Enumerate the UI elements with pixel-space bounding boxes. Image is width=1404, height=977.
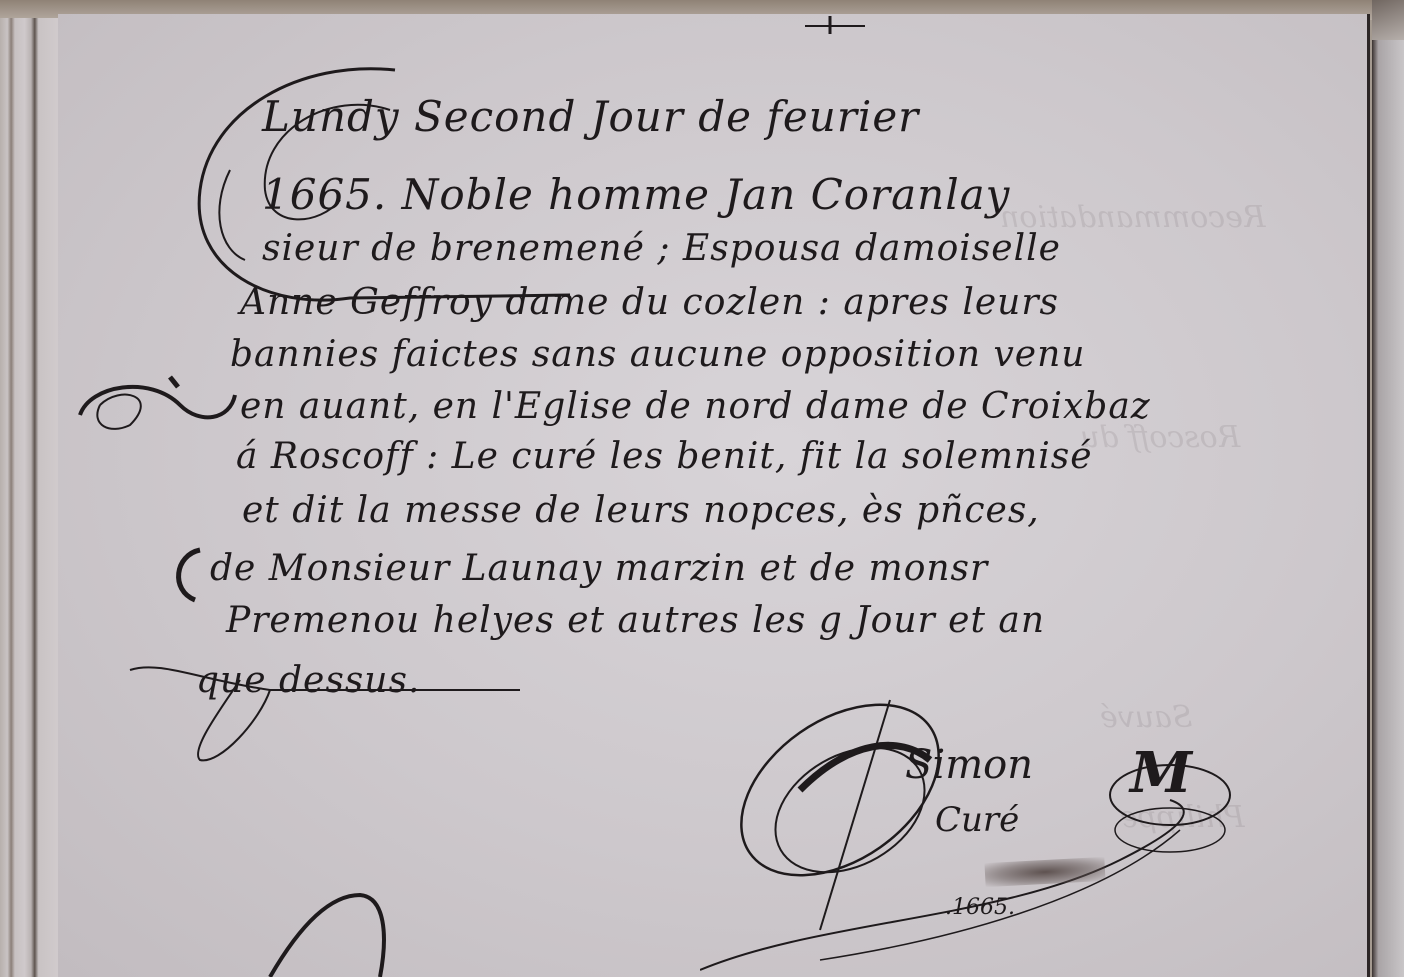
signature-paraph: M — [1130, 740, 1192, 806]
entry-line-8: et dit la messe de leurs nopces, ès pñce… — [242, 490, 1040, 531]
cross-mark-icon — [800, 14, 870, 36]
entry-line-1: Lundy Second Jour de feurier — [262, 92, 919, 141]
entry-line-9: de Monsieur Launay marzin et de monsr — [210, 548, 988, 589]
entry-line-10: Premenou helyes et autres les g Jour et … — [226, 600, 1045, 641]
entry-line-6: en auant, en l'Eglise de nord dame de Cr… — [240, 386, 1151, 427]
signature-title: Curé — [935, 800, 1019, 840]
book-binding — [0, 18, 62, 977]
entry-line-5: bannies faictes sans aucune opposition v… — [230, 334, 1085, 375]
signature-name: Simon — [905, 742, 1033, 788]
entry-line-11: que dessus. — [196, 660, 420, 701]
next-entry-initial-icon — [260, 885, 400, 977]
next-page-edge — [1372, 18, 1404, 977]
entry-line-2: 1665. Noble homme Jan Coranlay — [262, 170, 1010, 219]
entry-line-4: Anne Geffroy dame du cozlen : apres leur… — [240, 282, 1059, 323]
entry-line-7: á Roscoff : Le curé les benit, fit la so… — [236, 436, 1093, 477]
entry-line-3: sieur de brenemené ; Espousa damoiselle — [262, 228, 1061, 269]
signature-date: .1665. — [945, 895, 1015, 920]
bracket-flourish-icon — [165, 545, 205, 605]
margin-flourish-icon — [70, 365, 240, 445]
page-corner — [1372, 0, 1404, 40]
